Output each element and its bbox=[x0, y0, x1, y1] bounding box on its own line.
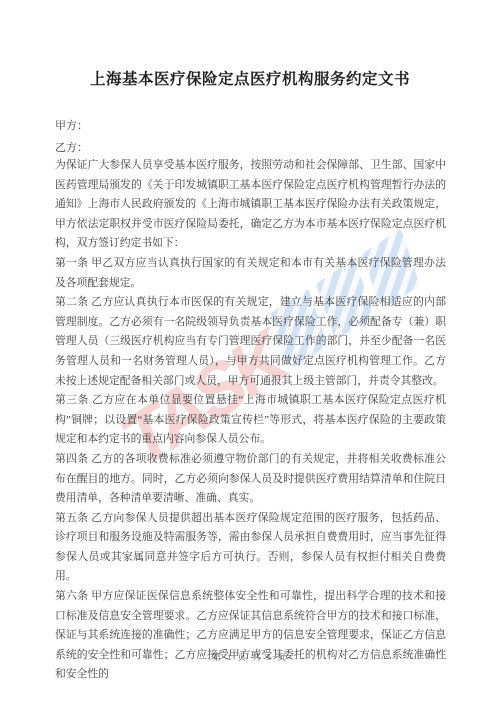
party-block: 甲方： 乙方： bbox=[55, 116, 88, 159]
article-4-paragraph: 第四条 乙方的各项收费标准必须遵守物价部门的有关规定，并将相关收费标准公布在醒目… bbox=[55, 450, 446, 509]
intro-paragraph: 为保证广大参保人员享受基本医疗服务，按照劳动和社会保障部、卫生部、国家中医药管理… bbox=[55, 156, 446, 254]
page-number-footer: 第 1 页 共 5 页 bbox=[0, 651, 500, 663]
article-1-paragraph: 第一条 甲乙双方应当认真执行国家的有关规定和本市有关基本医疗保险管理办法及各项配… bbox=[55, 254, 446, 293]
party-a-line: 甲方： bbox=[55, 116, 88, 138]
document-title: 上海基本医疗保险定点医疗机构服务约定文书 bbox=[0, 67, 500, 89]
article-2-paragraph: 第二条 乙方应认真执行本市医保的有关规定，建立与基本医疗保险相适应的内部管理制度… bbox=[55, 293, 446, 391]
article-3-paragraph: 第三条 乙方应在本单位显要位置悬挂“上海市城镇职工基本医疗保险定点医疗机构”铜牌… bbox=[55, 391, 446, 450]
contract-body: 为保证广大参保人员享受基本医疗服务，按照劳动和社会保障部、卫生部、国家中医药管理… bbox=[55, 156, 446, 685]
article-6-paragraph: 第六条 甲方应保证医保信息系统整体安全性和可靠性，提出科学合理的技术和接口标准及… bbox=[55, 587, 446, 685]
article-5-paragraph: 第五条 乙方向参保人员提供超出基本医疗保险规定范围的医疗服务，包括药品、诊疗项目… bbox=[55, 509, 446, 587]
document-page: TASK 上海基本医疗保险定点医疗机构服务约定文书 甲方： 乙方： 为保证广大参… bbox=[0, 0, 500, 706]
